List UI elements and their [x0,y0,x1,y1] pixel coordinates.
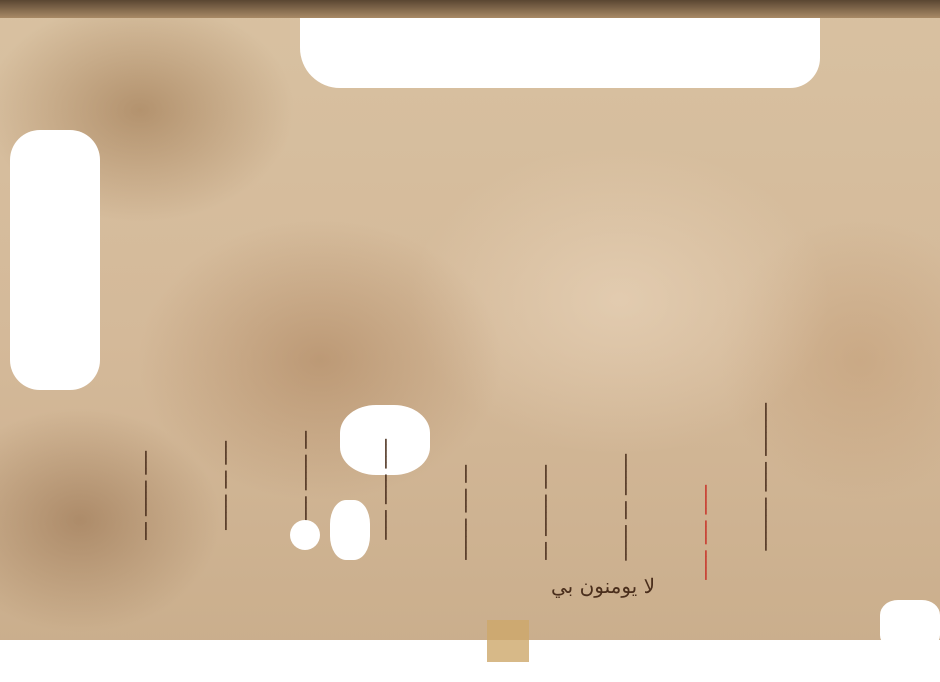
missing-area-bottom [0,640,940,682]
text-column: ـــــــ ــــ ـــ [460,80,484,560]
hole-small-1 [290,520,320,550]
text-column: ـــ ــــــ ــــ [140,60,164,540]
text-column: ـــــــــ ـــــ ـــــــــ [760,70,784,550]
torn-top-edge [0,0,940,18]
missing-area-bottom-right [880,600,940,650]
rubric-column: ـــــ ــــ ـــــ [700,80,724,580]
hole-small-2 [330,500,370,560]
missing-area-top [300,18,820,88]
text-column: ـــــ ـــــ ـــــ [380,60,404,540]
manuscript-page: ـــــــــ ـــــ ـــــــــ ـــــ ــــ ـــ… [0,0,940,682]
bottom-text-line: لا يومنون بي [215,574,655,598]
missing-area-left [10,130,100,390]
text-column: ـــ ـــــــ ــــ [540,80,564,560]
text-column: ــــ ــــــ ـــ [300,60,324,520]
text-column: ــــــ ـــ ـــــــ [620,80,644,560]
text-column: ــــــ ـــ ــــ [220,70,244,530]
library-patch [487,620,529,662]
